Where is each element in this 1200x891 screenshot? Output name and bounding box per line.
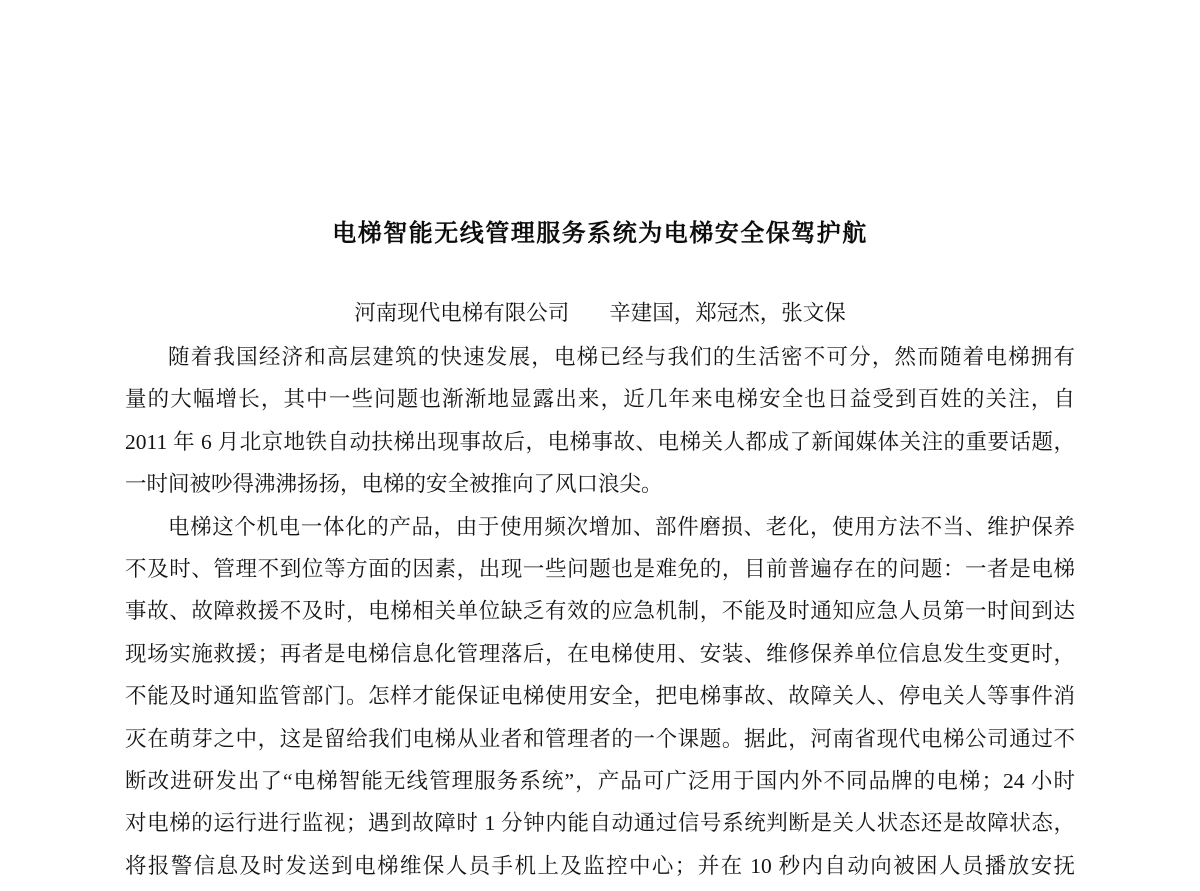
body-text: 随着我国经济和高层建筑的快速发展，电梯已经与我们的生活密不可分，然而随着电梯拥有… bbox=[125, 336, 1075, 887]
body-line: 一时间被吵得沸沸扬扬，电梯的安全被推向了风口浪尖。 bbox=[125, 463, 1075, 505]
body-line: 量的大幅增长，其中一些问题也渐渐地显露出来，近几年来电梯安全也日益受到百姓的关注… bbox=[125, 378, 1075, 420]
body-line: 现场实施救援；再者是电梯信息化管理落后，在电梯使用、安装、维修保养单位信息发生变… bbox=[125, 633, 1075, 675]
byline-affiliation: 河南现代电梯有限公司 bbox=[354, 301, 569, 325]
body-line: 随着我国经济和高层建筑的快速发展，电梯已经与我们的生活密不可分，然而随着电梯拥有 bbox=[125, 336, 1075, 378]
body-line: 不及时、管理不到位等方面的因素，出现一些问题也是难免的，目前普遍存在的问题：一者… bbox=[125, 548, 1075, 590]
body-line: 事故、故障救援不及时，电梯相关单位缺乏有效的应急机制，不能及时通知应急人员第一时… bbox=[125, 590, 1075, 632]
byline: 河南现代电梯有限公司辛建国，郑冠杰，张文保 bbox=[0, 296, 1200, 327]
body-line: 断改进研发出了“电梯智能无线管理服务系统”，产品可广泛用于国内外不同品牌的电梯；… bbox=[125, 760, 1075, 802]
body-line: 2011 年 6 月北京地铁自动扶梯出现事故后，电梯事故、电梯关人都成了新闻媒体… bbox=[125, 421, 1075, 463]
document-page: 电梯智能无线管理服务系统为电梯安全保驾护航 河南现代电梯有限公司辛建国，郑冠杰，… bbox=[0, 0, 1200, 891]
body-line: 电梯这个机电一体化的产品，由于使用频次增加、部件磨损、老化，使用方法不当、维护保… bbox=[125, 506, 1075, 548]
body-line: 将报警信息及时发送到电梯维保人员手机上及监控中心；并在 10 秒内自动向被困人员… bbox=[125, 845, 1075, 887]
document-title: 电梯智能无线管理服务系统为电梯安全保驾护航 bbox=[0, 213, 1200, 248]
byline-authors: 辛建国，郑冠杰，张文保 bbox=[609, 301, 846, 325]
body-line: 灭在萌芽之中，这是留给我们电梯从业者和管理者的一个课题。据此，河南省现代电梯公司… bbox=[125, 718, 1075, 760]
body-line: 不能及时通知监管部门。怎样才能保证电梯使用安全，把电梯事故、故障关人、停电关人等… bbox=[125, 675, 1075, 717]
body-line: 对电梯的运行进行监视；遇到故障时 1 分钟内能自动通过信号系统判断是关人状态还是… bbox=[125, 802, 1075, 844]
